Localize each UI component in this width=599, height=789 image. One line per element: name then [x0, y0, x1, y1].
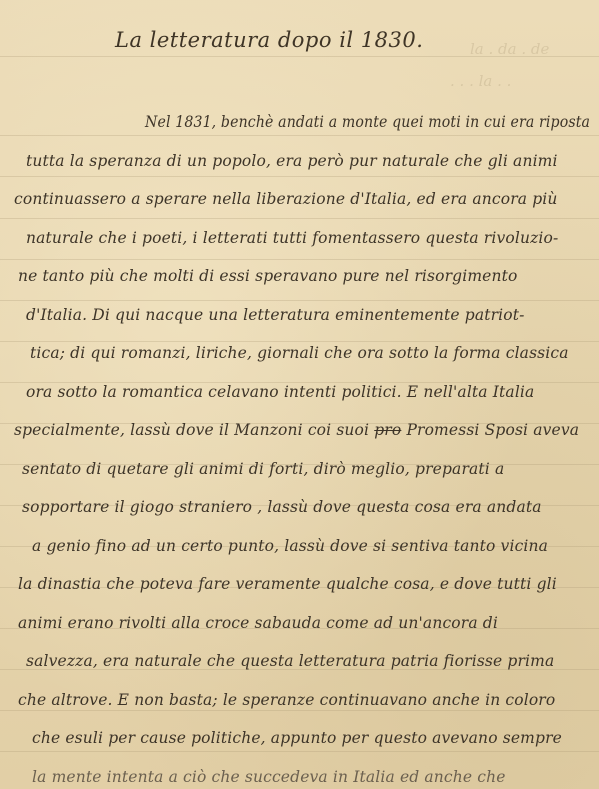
text-line: tutta la speranza di un popolo, era però…: [26, 152, 558, 170]
bleed-through-text: la . da . de: [470, 40, 549, 58]
ruled-line: [0, 135, 599, 136]
text-line: che esuli per cause politiche, appunto p…: [32, 729, 562, 747]
ruled-line: [0, 341, 599, 342]
text-line: tica; di qui romanzi, liriche, giornali …: [30, 344, 569, 362]
text-line: a genio fino ad un certo punto, lassù do…: [32, 537, 548, 555]
struck-word: pro: [374, 421, 401, 439]
text-line: che altrove. E non basta; le speranze co…: [18, 691, 555, 709]
text-line: animi erano rivolti alla croce sabauda c…: [18, 614, 498, 632]
text-line: Nel 1831, benchè andati a monte quei mot…: [145, 113, 590, 131]
ruled-line: [0, 259, 599, 260]
bleed-through-text: . . . la . .: [450, 72, 511, 90]
text-line: la mente intenta a ciò che succedeva in …: [32, 768, 506, 786]
text-line: ne tanto più che molti di essi speravano…: [18, 267, 518, 285]
ruled-line: [0, 176, 599, 177]
page-title: La letteratura dopo il 1830.: [115, 28, 435, 52]
ruled-line: [0, 300, 599, 301]
text-line: salvezza, era naturale che questa letter…: [26, 652, 554, 670]
text-line: la dinastia che poteva fare veramente qu…: [18, 575, 557, 593]
text-line: sentato di quetare gli animi di forti, d…: [22, 460, 504, 478]
text-line: ora sotto la romantica celavano intenti …: [26, 383, 534, 401]
text-line: specialmente, lassù dove il Manzoni coi …: [14, 421, 579, 439]
ruled-line: [0, 710, 599, 711]
text-line: naturale che i poeti, i letterati tutti …: [26, 229, 558, 247]
text-line: d'Italia. Di qui nacque una letteratura …: [26, 306, 525, 324]
text-segment: specialmente, lassù dove il Manzoni coi …: [14, 421, 369, 439]
text-segment: Promessi Sposi aveva: [406, 421, 579, 439]
ruled-line: [0, 751, 599, 752]
text-line: continuassero a sperare nella liberazion…: [14, 190, 558, 208]
ruled-line: [0, 218, 599, 219]
manuscript-page: la . da . de . . . la . . La letteratura…: [0, 0, 599, 789]
text-line: sopportare il giogo straniero , lassù do…: [22, 498, 542, 516]
